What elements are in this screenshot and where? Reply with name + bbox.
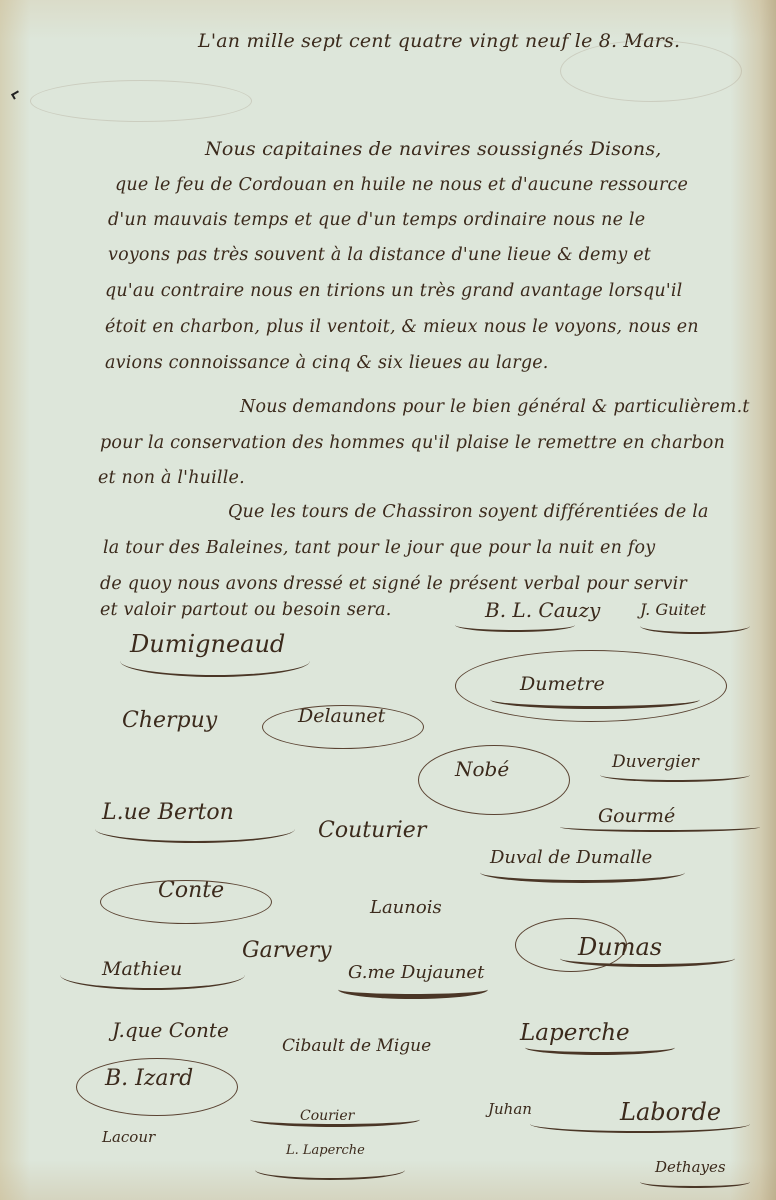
paragraph-1-line-1: Nous capitaines de navires soussignés Di… bbox=[205, 138, 662, 160]
manuscript-page: L'an mille sept cent quatre vingt neuf l… bbox=[0, 0, 776, 1200]
paragraph-1-line-5: qu'au contraire nous en tirions un très … bbox=[105, 281, 682, 301]
signature-garvery: Garvery bbox=[242, 938, 332, 963]
signature-flourish bbox=[120, 645, 310, 677]
paragraph-3-line-1: Que les tours de Chassiron soyent différ… bbox=[228, 502, 709, 522]
paragraph-1-line-3: d'un mauvais temps et que d'un temps ord… bbox=[108, 210, 645, 230]
signature-cibault-de-migue: Cibault de Migue bbox=[282, 1036, 431, 1056]
signature-flourish bbox=[530, 1115, 750, 1133]
signature-guitet: J. Guitet bbox=[640, 600, 706, 619]
signature-flourish bbox=[640, 618, 750, 634]
signature-flourish bbox=[600, 768, 750, 782]
signature-nobe: Nobé bbox=[455, 757, 509, 781]
signature-flourish bbox=[560, 822, 760, 832]
paragraph-2-line-1: Nous demandons pour le bien général & pa… bbox=[240, 397, 750, 417]
signature-flourish bbox=[640, 1176, 750, 1188]
signature-izard: B. Izard bbox=[105, 1066, 193, 1091]
signature-flourish bbox=[60, 960, 245, 990]
signature-flourish bbox=[338, 980, 488, 999]
signature-dethayes: Dethayes bbox=[655, 1158, 726, 1176]
signature-flourish bbox=[455, 618, 575, 632]
signature-flourish bbox=[560, 950, 735, 967]
paragraph-3-line-2: la tour des Baleines, tant pour le jour … bbox=[103, 538, 655, 558]
signature-flourish bbox=[255, 1160, 405, 1180]
signature-flourish bbox=[480, 862, 685, 883]
signature-flourish bbox=[250, 1112, 420, 1127]
signature-l-laperche: L. Laperche bbox=[286, 1143, 365, 1158]
signature-juhan: Juhan bbox=[488, 1100, 532, 1118]
signature-loop bbox=[262, 705, 424, 749]
paragraph-3-line-4: et valoir partout ou besoin sera. bbox=[100, 600, 392, 620]
paragraph-1-line-7: avions connoissance à cinq & six lieues … bbox=[105, 353, 549, 373]
signature-cherpuy: Cherpuy bbox=[122, 708, 217, 733]
signature-jacques-conte: J.que Conte bbox=[112, 1018, 229, 1042]
paragraph-1-line-4: voyons pas très souvent à la distance d'… bbox=[108, 245, 651, 265]
bleed-through-mark bbox=[30, 80, 252, 122]
signature-flourish bbox=[490, 690, 700, 709]
paragraph-2-line-2: pour la conservation des hommes qu'il pl… bbox=[100, 433, 725, 453]
paragraph-2-line-3: et non à l'huille. bbox=[98, 468, 245, 488]
paragraph-1-line-2: que le feu de Cordouan en huile ne nous … bbox=[115, 175, 688, 195]
signature-couturier: Couturier bbox=[318, 818, 426, 843]
signature-lacour: Lacour bbox=[102, 1128, 155, 1146]
paragraph-3-line-3: de quoy nous avons dressé et signé le pr… bbox=[100, 574, 687, 594]
paragraph-1-line-6: étoit en charbon, plus il ventoit, & mie… bbox=[105, 317, 699, 337]
signature-launois: Launois bbox=[370, 897, 442, 918]
signature-loop bbox=[100, 880, 272, 924]
ink-blot bbox=[11, 90, 21, 99]
signature-flourish bbox=[95, 815, 295, 843]
document-heading: L'an mille sept cent quatre vingt neuf l… bbox=[198, 30, 680, 52]
signature-flourish bbox=[525, 1040, 675, 1055]
